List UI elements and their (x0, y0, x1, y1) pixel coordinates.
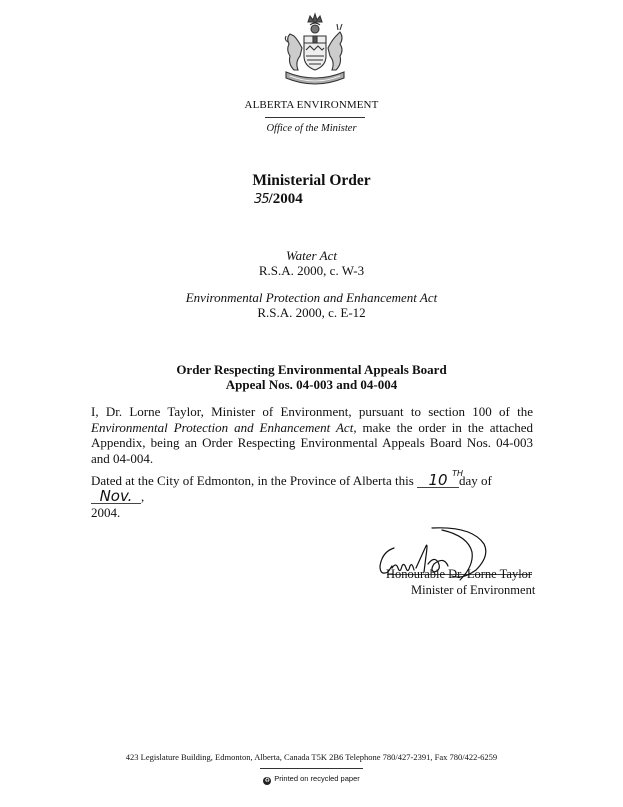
act-name: Environmental Protection and Enhancement… (0, 290, 623, 306)
appeal-numbers: Appeal Nos. 04-003 and 04-004 (0, 377, 623, 393)
day-field: 10TH (417, 473, 459, 488)
order-number-handwritten: 35 (254, 192, 269, 207)
agency-name: ALBERTA ENVIRONMENT (0, 99, 623, 111)
dated-year: 2004. (91, 505, 120, 520)
dated-statement: Dated at the City of Edmonton, in the Pr… (91, 473, 541, 521)
signatory-name: Honourable Dr. Lorne Taylor (386, 567, 532, 582)
act-reference: R.S.A. 2000, c. E-12 (0, 305, 623, 321)
recycled-paper-note: ♻Printed on recycled paper (0, 774, 623, 785)
alberta-coat-of-arms-icon (280, 12, 350, 90)
month-field: Nov. (91, 489, 141, 504)
letterhead-divider (265, 117, 365, 118)
act-reference-italic: Environmental Protection and Enhancement… (91, 420, 353, 435)
order-heading: Order Respecting Environmental Appeals B… (0, 362, 623, 378)
recycle-icon: ♻ (263, 777, 271, 785)
signatory-title: Minister of Environment (411, 583, 535, 598)
office-name: Office of the Minister (0, 123, 623, 134)
order-number-suffix: /2004 (269, 191, 303, 207)
order-paragraph: I, Dr. Lorne Taylor, Minister of Environ… (91, 404, 533, 467)
order-title: Ministerial Order (0, 172, 623, 190)
footer-address: 423 Legislature Building, Edmonton, Albe… (0, 752, 623, 762)
footer-divider (260, 768, 363, 769)
order-number: 35/2004 (254, 191, 303, 208)
act-reference: R.S.A. 2000, c. W-3 (0, 263, 623, 279)
act-name: Water Act (0, 248, 623, 264)
